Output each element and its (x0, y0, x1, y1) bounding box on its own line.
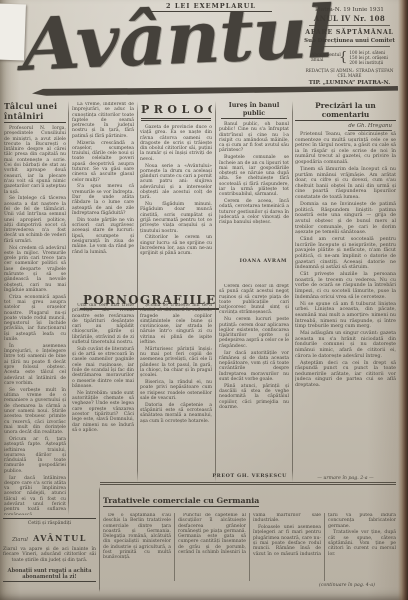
frequency-line: APARE SĂPTĂMÂNAL (301, 29, 398, 36)
article-tratativele-header: Tratativele comerciale cu Germania de M.… (103, 488, 263, 512)
subscription-rates: 100 lei pt. săteni150 lei pt. orășeni200… (349, 50, 388, 65)
article-title-talcul: Tâlcul unei întâlniri (4, 101, 66, 123)
body-paragraph: Mărturisesc părinții înșiși: nu mai pot … (140, 347, 212, 379)
body-paragraph: Gazeta de provincie duce o viață grea. E… (140, 125, 212, 162)
body-paragraph: De o săptămână s'au deschis la Berlin tr… (103, 513, 171, 561)
address-line: REDACȚIA ȘI ADMIN.: STRADA ȘTEFAN CEL MA… (301, 68, 398, 78)
body-paragraph: Nu făgăduim minuni. Făgăduim doar muncă … (140, 202, 212, 234)
body-paragraph: Cerem de aceea, încă odată, cercetarea t… (219, 199, 289, 225)
column-rule (215, 101, 216, 482)
body-paragraph: Iar dacă autoritățile vor rămânea și de … (219, 351, 289, 383)
issue-number: ANUL IV Nr. 108 (301, 14, 398, 23)
masthead-rule-bar (32, 86, 398, 96)
body-paragraph: Tratativele vor ține, după cât se spune,… (328, 530, 396, 556)
promo-body: Ziarul va apare și de aci înainte în fie… (3, 547, 96, 563)
article-tratativele-body: De o săptămână s'au deschis la Berlin tr… (103, 513, 396, 581)
body-paragraph: Până atunci, părinții și dascălii să ste… (219, 384, 289, 410)
article-title-prolog: PROLOG (141, 102, 211, 121)
body-paragraph: Biserica, la rândul ei, nu poate privi n… (140, 380, 212, 401)
direction-line: Sub Direcțiunea unui Comitet (301, 38, 398, 44)
body-paragraph: Mizeria crescândă a orașelor, scumpetea … (72, 141, 134, 183)
subscription-label: Abonamentul anual (311, 53, 337, 63)
body-paragraph: Una din cele mai triste priveliști ale v… (72, 303, 134, 345)
body-paragraph: Profesorul N. Iorga, președintele Consil… (4, 126, 66, 195)
subscription-block: Abonamentul anual { 100 lei pt. săteni15… (301, 50, 398, 65)
book-edge-shadow (398, 0, 408, 600)
signature-ioana-avram: IOANA AVRAM (219, 258, 287, 264)
promo-paper-line: Ziarul AVÂNTUL (3, 526, 96, 545)
promo-plea: Abonații sunt rugați a achita abonamentu… (3, 568, 96, 582)
article-talcul-continuation: La vreme, indiferent de împrejurări, se … (72, 102, 134, 281)
body-paragraph: Prietenul Teanu, care obicinuiește să co… (295, 132, 396, 166)
article-body: Prietenul Teanu, care obicinuiește să co… (295, 132, 396, 389)
body-paragraph: Mai adăugăm un singur cuvânt: gazeta ace… (295, 331, 396, 359)
body-paragraph: Noua serie a «Avântului» pornește la dru… (140, 164, 212, 201)
article-pornografiile-col1: Una din cele mai triste priveliști ale v… (72, 303, 134, 481)
signature-preot-versescu: PREOT GH. VERȘESCU (185, 473, 287, 479)
body-paragraph: Ni se spune că am fi tulburat liniștea u… (295, 302, 396, 330)
article-body: Profesorul N. Iorga, președintele Consil… (4, 126, 66, 515)
article-title-tratativele: Tratativele comerciale cu Germania (103, 496, 259, 507)
body-paragraph: Cerem deci celor în drept să pună capăt … (219, 284, 289, 316)
continuation-note-precizari: — urmare în pag. 2-a — (295, 476, 396, 481)
body-paragraph: La vreme, indiferent de împrejurări, se … (72, 102, 134, 139)
body-paragraph: Când am cerut socoteală pentru lucrările… (295, 237, 396, 271)
body-paragraph: Datoria de căpetenie a stăpânirii este s… (140, 403, 212, 424)
masthead-divider (309, 46, 390, 47)
body-paragraph: Nu cerem lucruri peste putință: cerem do… (219, 317, 289, 349)
body-paragraph: Criza economică apasă tot mai greu asupr… (4, 295, 66, 343)
article-prolog: PROLOG Gazeta de provincie duce o viață … (140, 101, 212, 281)
body-paragraph: Se vorbește mult în ultima vreme de o re… (4, 388, 66, 436)
body-paragraph: Așteptăm deci ca cei în drept să răspund… (295, 361, 396, 389)
body-paragraph: Domnia sa ne învinuiește de patimă polit… (295, 202, 396, 236)
newspaper-page: 2 LEI EXEMPLARUL Avântul Piatra-N. 19 Iu… (0, 0, 408, 600)
body-paragraph: Oricum ar fi, țara așteaptă fapte. Aștea… (4, 437, 66, 474)
promo-paper-word: Ziarul (12, 537, 28, 543)
body-paragraph: Ne întrebăm: unde sunt autoritățile chem… (72, 391, 134, 433)
body-paragraph: S'a spus mereu că vremurile se vor îndre… (72, 184, 134, 216)
body-paragraph: Ținem să lămurim dela început că nu purt… (295, 167, 396, 201)
body-paragraph: Iar dacă întâlnirea despre care s'a scri… (4, 476, 66, 516)
masthead-divider (309, 25, 390, 26)
body-paragraph: Școala se trudește ani de-a rândul să să… (140, 303, 212, 345)
section-divider (100, 482, 396, 485)
article-pornografiile-col3: Cerem deci celor în drept să pună capăt … (219, 284, 289, 469)
body-paragraph: Noi credem că adevărul este la mijloc. V… (4, 246, 66, 294)
article-precizari: Precizări la un comentariu de Gh. Hregan… (295, 101, 396, 481)
newspaper-title: Avântul (20, 0, 348, 88)
column-rule (68, 101, 69, 515)
body-paragraph: Cititorilor le cerem un singur lucru: să… (140, 235, 212, 256)
byline-precizari: de Gh. Hreganu (299, 123, 392, 129)
article-body: Banul public, oh banul public! Cine nu s… (219, 122, 289, 226)
body-paragraph: Se înțelege că tăcerea aceasta a dat naș… (4, 196, 66, 244)
subscription-rate: 200 lei instituții (349, 60, 388, 65)
article-iures: Iureș în banul public Banul public, oh b… (219, 101, 289, 281)
byline-text: de Gh. Hreganu (348, 123, 392, 131)
body-paragraph: Cât privește aluziile la persoana noastr… (295, 272, 396, 300)
article-talcul: Tâlcul unei întâlniri Profesorul N. Iorg… (4, 101, 66, 515)
subscription-brace: { (339, 51, 347, 64)
body-paragraph: Sub cuvânt de literatură și de artă se s… (72, 347, 134, 389)
column-rule (292, 101, 293, 482)
promo-paper-name: AVÂNTUL (33, 533, 87, 543)
dateline: Piatra-N. 19 Iunie 1931 (301, 7, 398, 13)
continuation-note-tratativele: (continuare în pag. 4-a) (300, 583, 394, 588)
body-paragraph: Bugetele comunale se încheie an de an cu… (219, 155, 289, 197)
body-paragraph: Banul public, oh banul public! Cine nu s… (219, 122, 289, 154)
body-paragraph: În asemenea împrejurări, o înțelegere în… (4, 344, 66, 386)
column-rule (137, 101, 138, 482)
article-title-iures: Iureș în banul public (221, 101, 287, 119)
column-rule (99, 487, 100, 592)
body-paragraph: Din toate părțile ne vin scrisori cari z… (72, 218, 134, 255)
article-title-precizari: Precizări la un comentariu (295, 101, 396, 121)
masthead-info: Piatra-N. 19 Iunie 1931 ANUL IV Nr. 108 … (301, 7, 398, 89)
subscription-promo-box: Cetiți și răspândiți Ziarul AVÂNTUL Ziar… (3, 518, 96, 595)
article-body: Gazeta de provincie duce o viață grea. E… (140, 125, 212, 257)
article-pornografiile-col2: Școala se trudește ani de-a rândul să să… (140, 303, 212, 472)
